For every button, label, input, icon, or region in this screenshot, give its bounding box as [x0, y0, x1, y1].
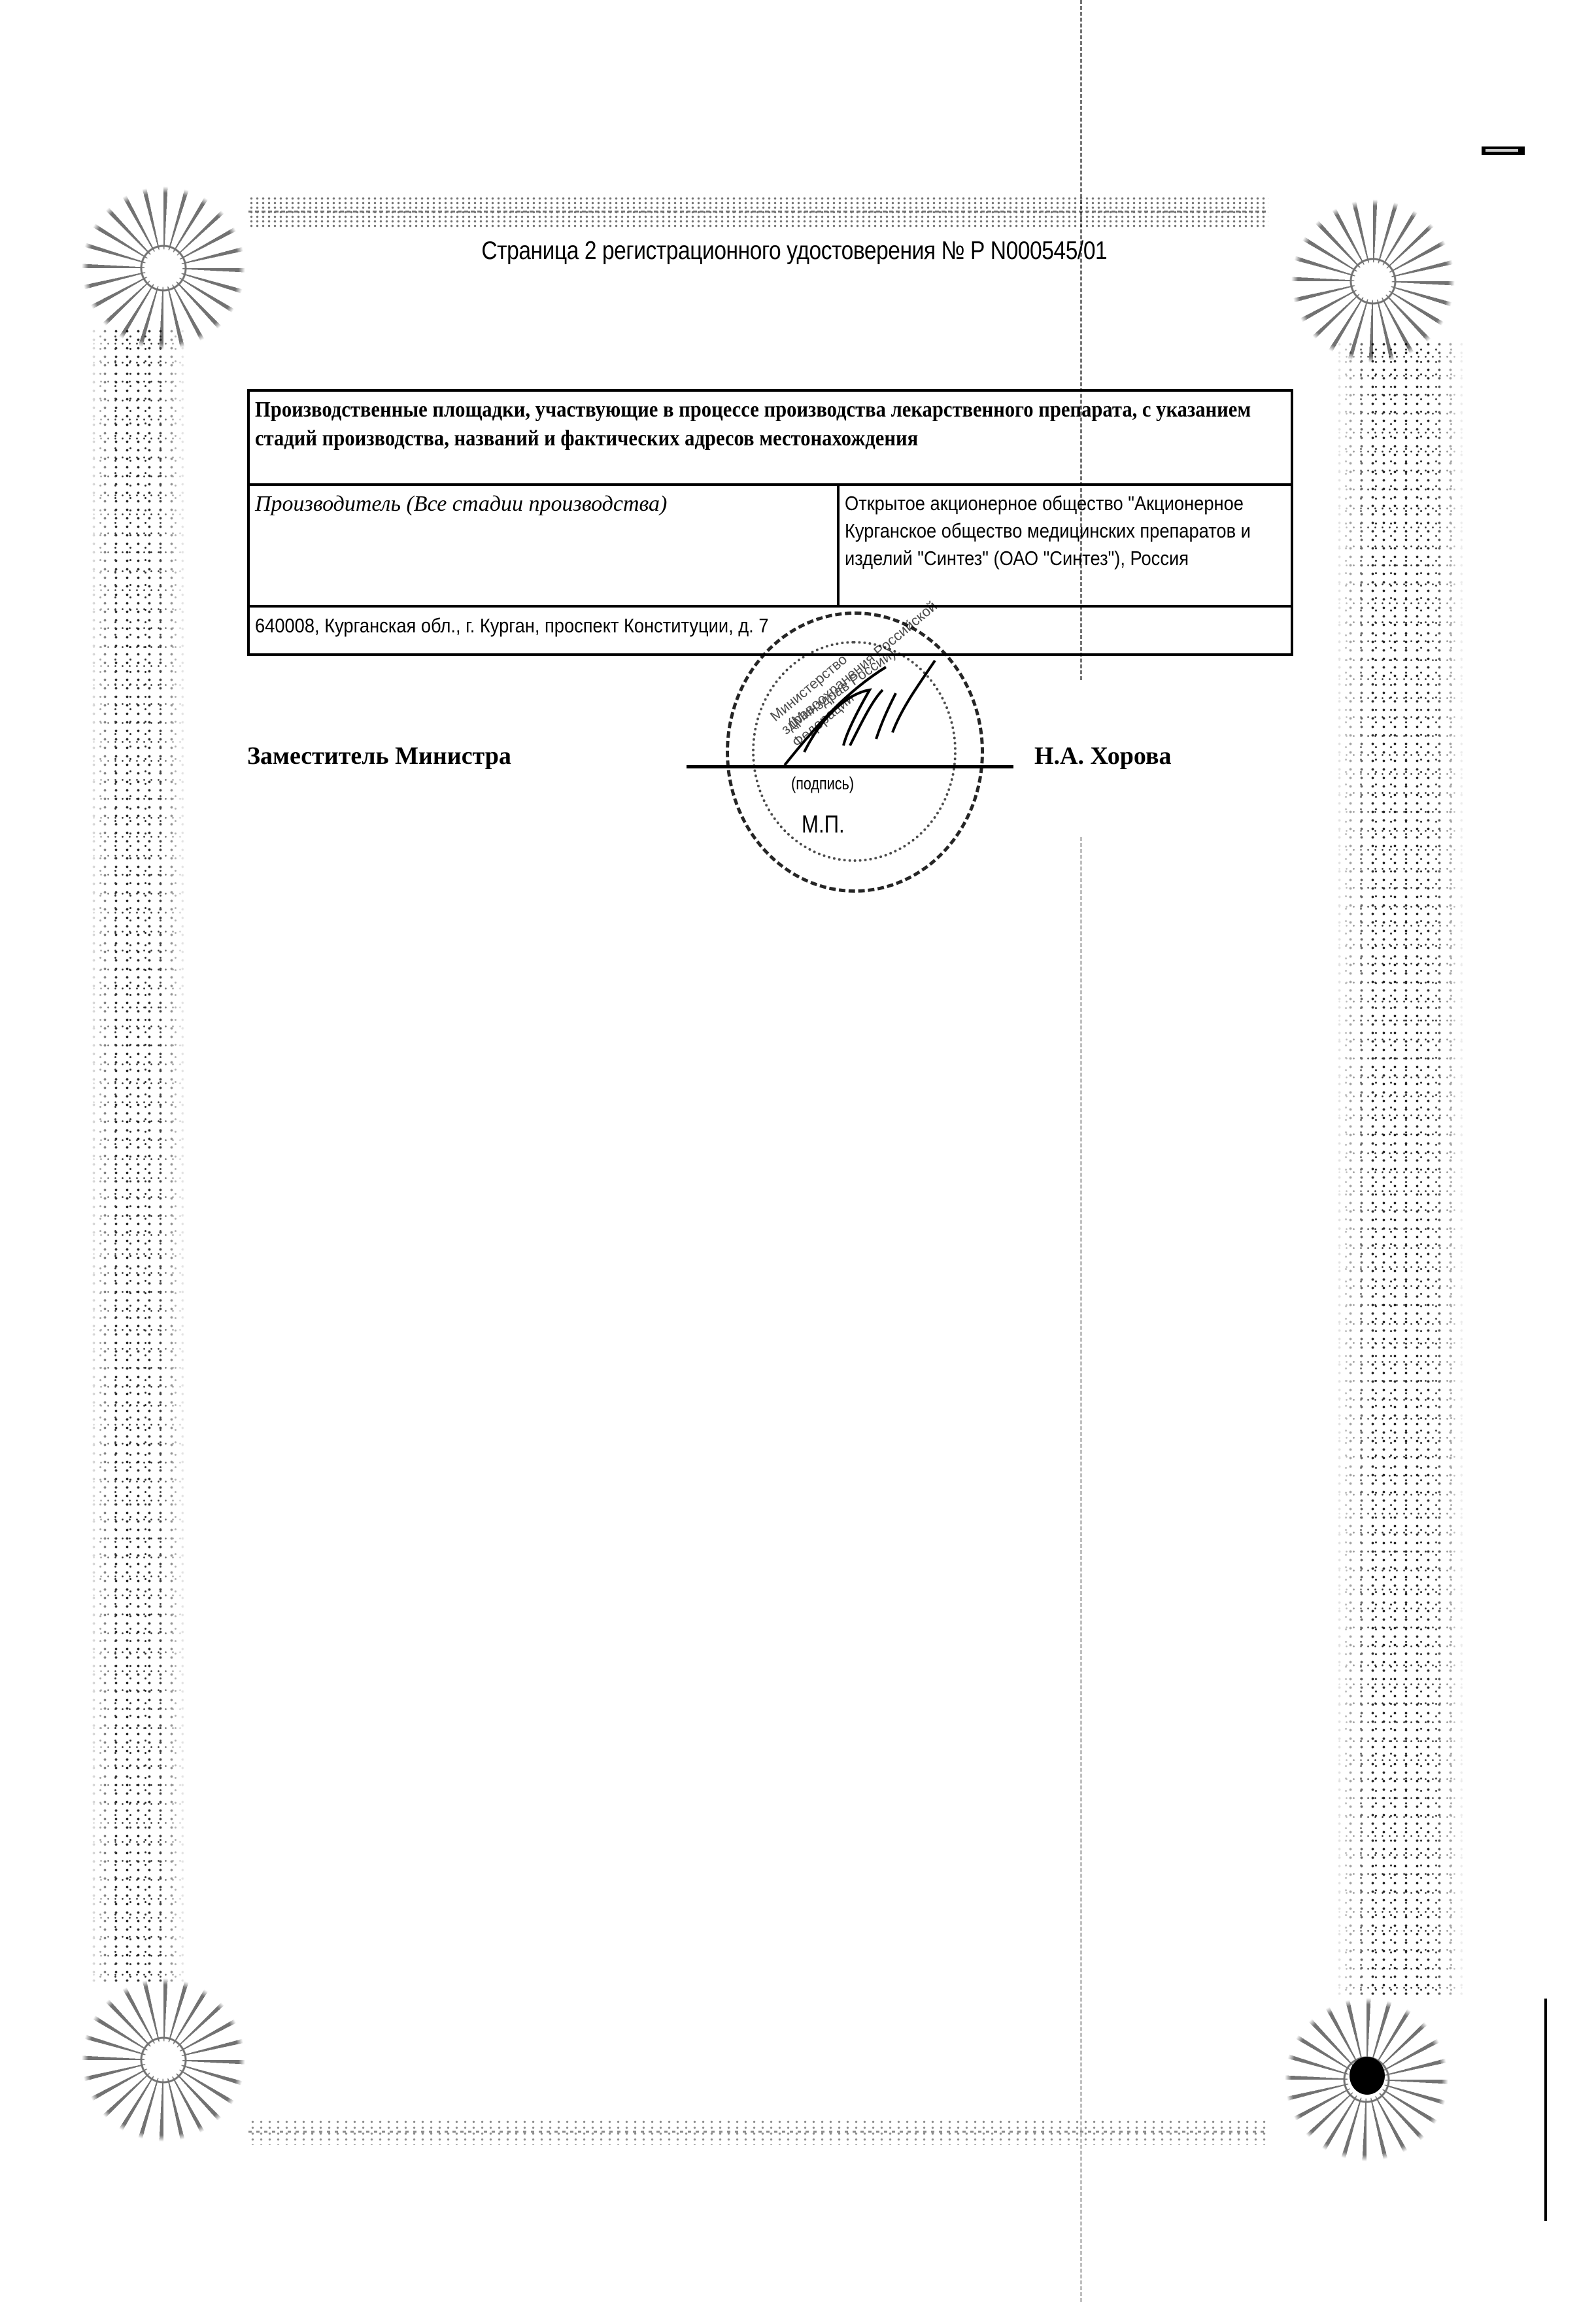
table-header-text: Производственные площадки, участвующие в…: [255, 396, 1284, 453]
page-title: Страница 2 регистрационного удостоверени…: [108, 237, 1480, 266]
signature-caption: (подпись): [791, 774, 854, 794]
scan-marker: [1482, 146, 1525, 155]
seal-place-label: М.П.: [802, 811, 845, 839]
address-text: 640008, Курганская обл., г. Курган, прос…: [255, 611, 768, 640]
manufacturer-company-text: Открытое акционерное общество "Акционерн…: [845, 490, 1287, 572]
decorative-frame-right: [1334, 340, 1465, 1995]
rosette-ornament-icon: [1288, 196, 1458, 366]
scan-edge-line: [1544, 1999, 1547, 2221]
manufacturer-company-cell: Открытое акционерное общество "Акционерн…: [838, 485, 1292, 606]
signatory-name: Н.А. Хорова: [1034, 742, 1171, 770]
table-header-cell: Производственные площадки, участвующие в…: [248, 390, 1292, 485]
decorative-frame-left: [88, 327, 186, 1982]
fold-line: [1080, 837, 1082, 2302]
table-header-row: Производственные площадки, участвующие в…: [248, 390, 1292, 485]
handwritten-signature: [772, 654, 942, 772]
table-row: Производитель (Все стадии производства) …: [248, 485, 1292, 606]
rosette-ornament-icon: [78, 183, 248, 353]
signatory-title: Заместитель Министра: [247, 742, 511, 770]
manufacturer-role-cell: Производитель (Все стадии производства): [248, 485, 838, 606]
decorative-frame-top: [248, 196, 1268, 229]
signature-line: [687, 765, 1013, 768]
decorative-frame-bottom: [248, 2119, 1268, 2145]
rosette-ornament-icon: [78, 1975, 248, 2145]
production-sites-table: Производственные площадки, участвующие в…: [247, 389, 1293, 656]
punch-hole-dot: [1350, 2057, 1385, 2095]
